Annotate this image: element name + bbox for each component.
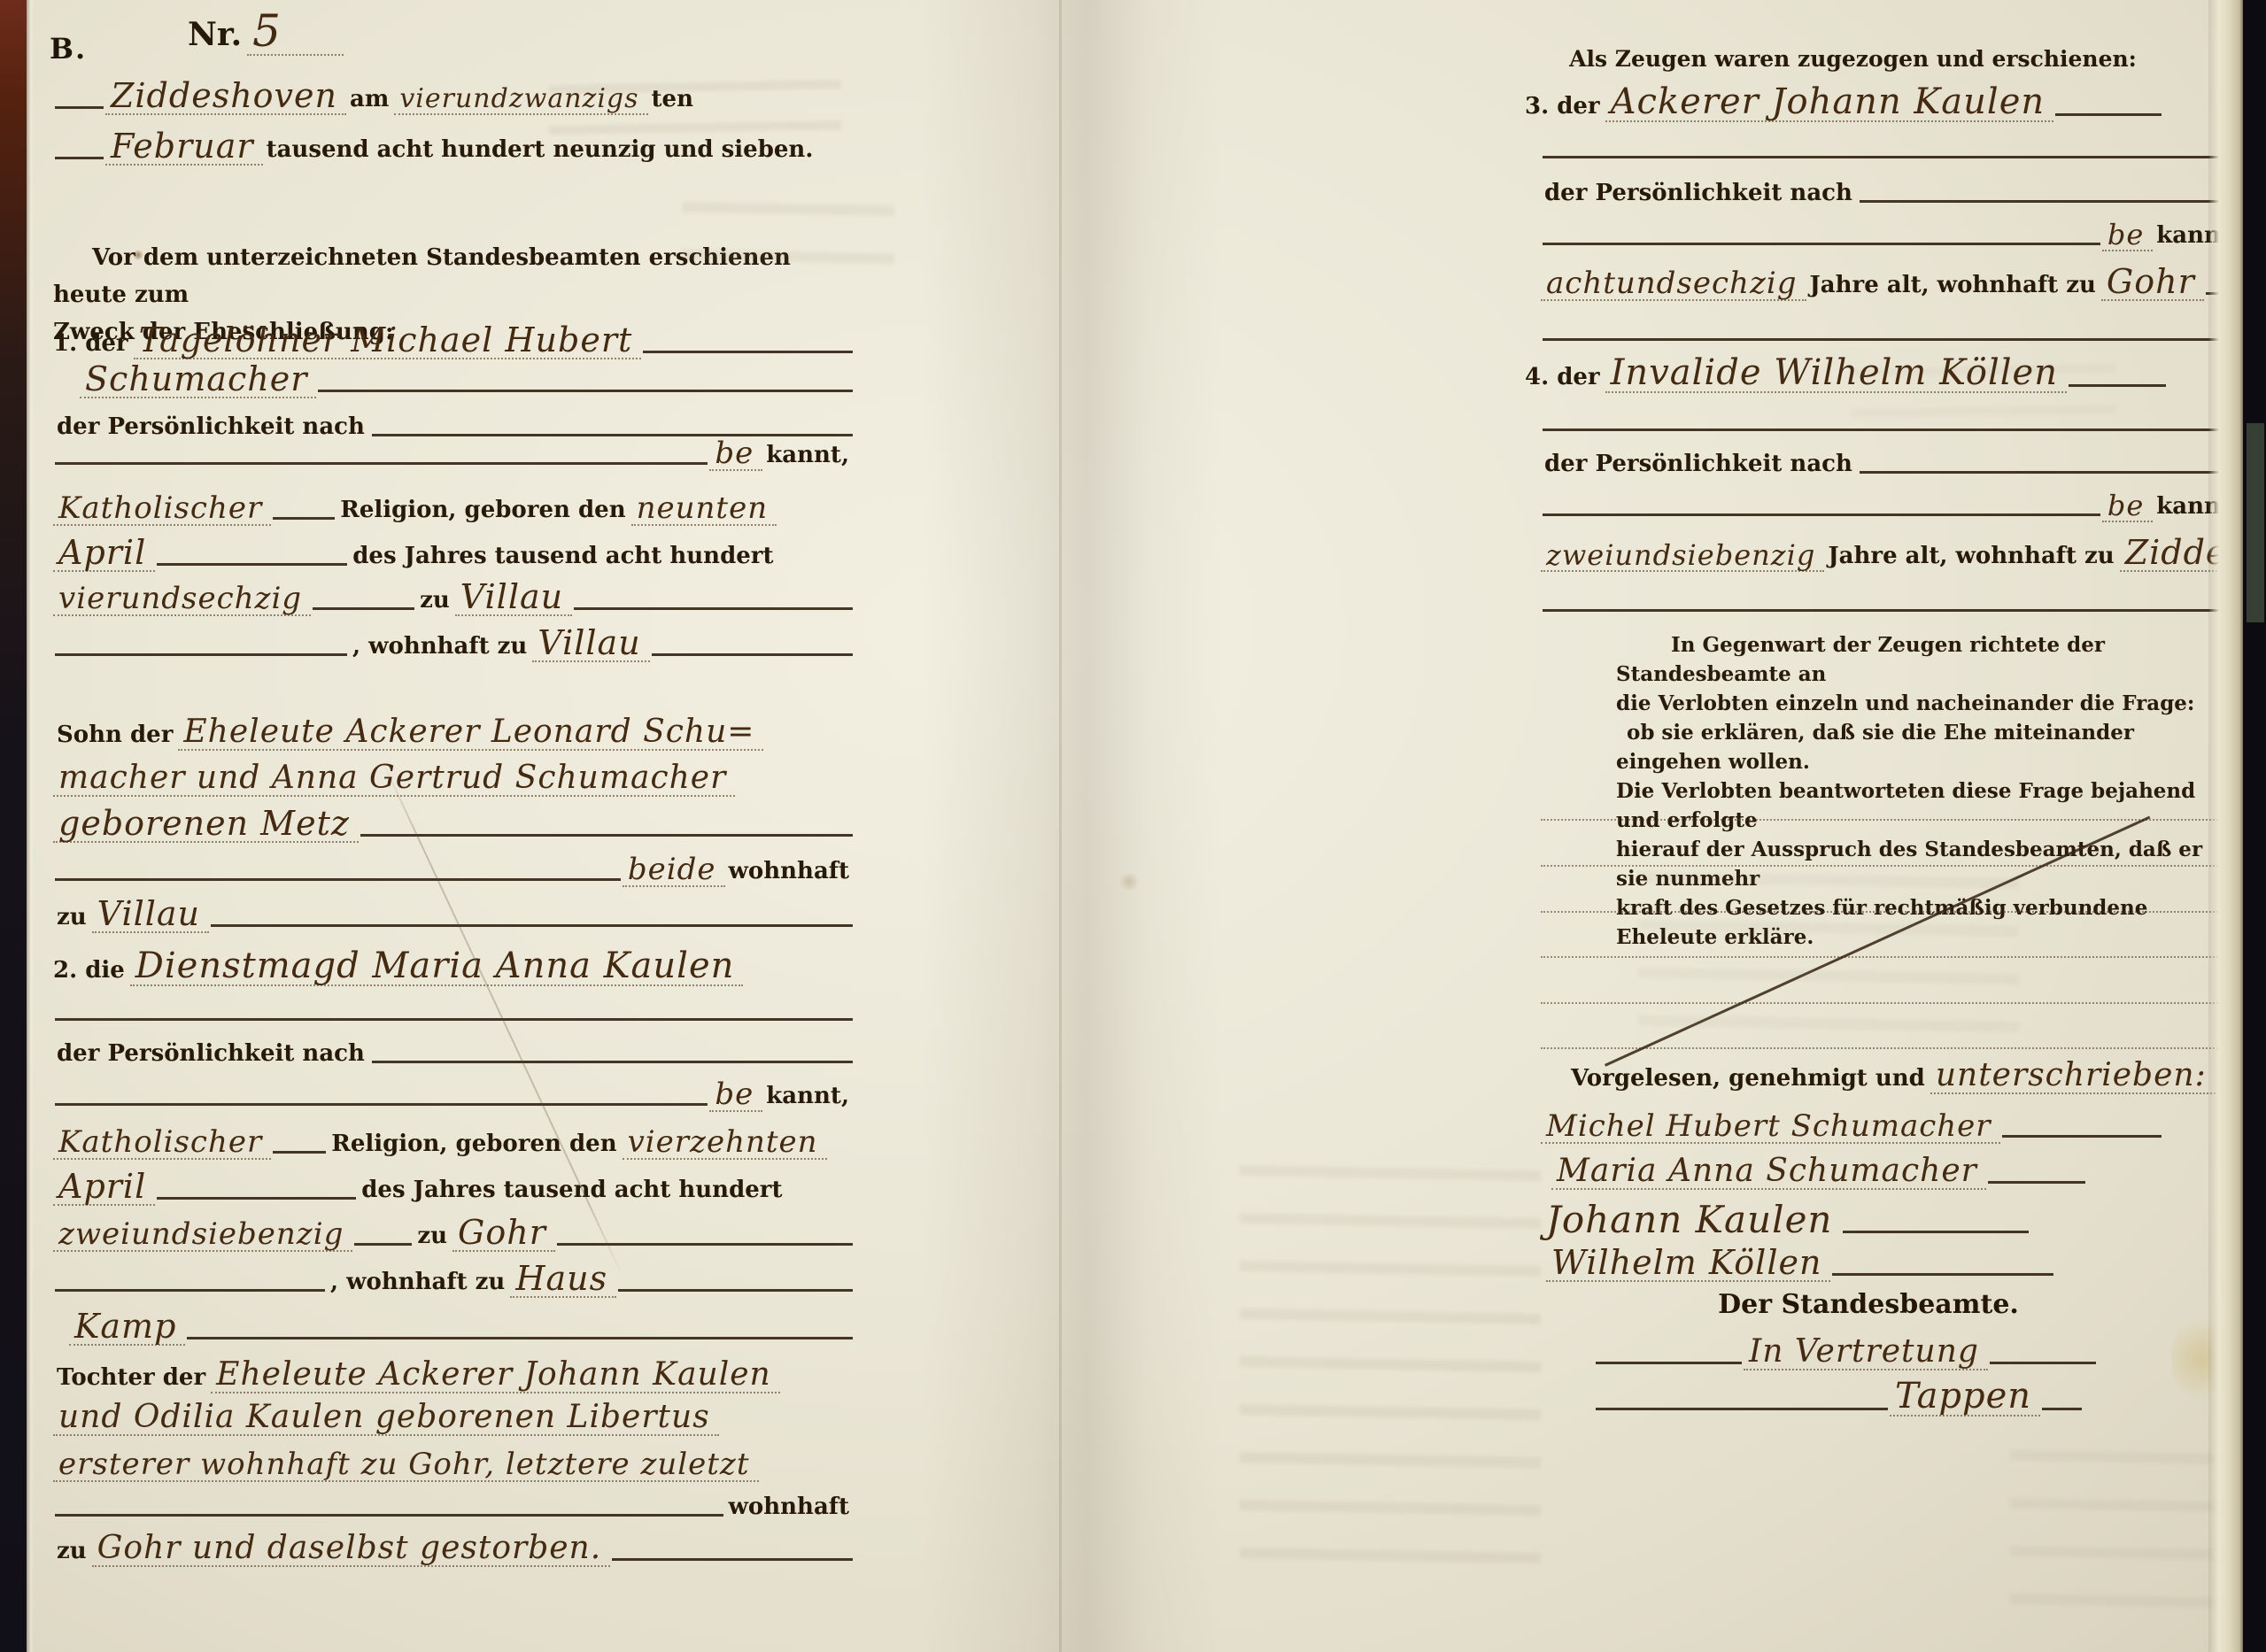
form-rule [354,1243,412,1246]
form-rule [574,607,853,610]
witness3-residence-handwritten: Gohr [2101,265,2204,301]
witness3-blank-row [1541,122,2245,165]
residence-handwritten: Villau [532,626,649,662]
form-rule [618,1289,853,1292]
form-rule [360,834,853,837]
groom-surname-row: Schumacher [53,356,855,398]
identity-label: der Persönlichkeit nach [1541,452,1858,480]
declaration-line-1: In Gegenwart der Zeugen richtete der Sta… [1616,630,2227,689]
registrar-signature-row: Tappen [1594,1378,2192,1417]
closing-handwritten: unterschrieben: [1930,1060,2216,1094]
paper-edge-highlight [27,0,34,1652]
form-rule [273,517,335,520]
form-rule [1988,1181,2085,1184]
form-rule [1543,156,2243,158]
form-rule [55,1018,853,1021]
groom-parents-row-4: beide wohnhaft [53,845,855,887]
form-rule [1543,513,2100,516]
form-rule [1860,200,2243,203]
form-rule [643,351,853,353]
groom-parents-row-2: macher und Anna Gertrud Schumacher [53,754,855,797]
form-rule [1596,1362,1742,1364]
known-handwritten: be [709,438,762,471]
declaration-line-2: die Verlobten einzeln und nacheinander d… [1616,689,2227,718]
nr-value-handwritten: 5 [247,9,344,56]
form-letter: B. [50,32,87,66]
parents-handwritten-2: macher und Anna Gertrud Schumacher [53,762,735,797]
bride-number-label: 2. die [50,958,130,986]
inkbleed-ghost [549,53,841,151]
groom-birth-year-row: vierundsechzig zu Villau [53,574,855,616]
signature-row: Michel Hubert Schumacher [1541,1103,2245,1144]
registrar-label: Der Standesbeamte. [1638,1289,2099,1320]
form-rule [313,607,414,610]
inkbleed-ghost [1851,336,2116,443]
form-rule [1543,243,2100,245]
religion-handwritten: Katholischer [53,1127,271,1160]
book-fold-line [1059,0,1062,1652]
groom-birth-month-row: April des Jahres tausend acht hundert [53,529,855,572]
form-rule [1832,1273,2053,1276]
closing-row: Vorgelesen, genehmigt und unterschrieben… [1541,1055,2245,1094]
bride-parents-row-3: ersterer wohnhaft zu Gohr, letztere zule… [53,1440,855,1482]
right-page: Als Zeugen waren zugezogen und erschiene… [1541,0,2245,1652]
groom-name-handwritten: Tagelöhner Michael Hubert [134,323,642,359]
tochter-der-label: Tochter der [53,1365,211,1393]
declaration-line-3: ob sie erklären, daß sie die Ehe miteina… [1616,718,2227,776]
form-rule [55,878,621,881]
identity-label: der Persönlichkeit nach [1541,181,1858,209]
wohnhaft-label: , wohnhaft zu [349,634,532,662]
witness4-number-label: 4. der [1521,365,1605,393]
form-rule [55,462,708,465]
bride-parents-row-4: wohnhaft [53,1480,855,1523]
known-printed: kannt, [762,1084,855,1112]
form-rule [157,563,347,566]
zu-label: zu [414,1224,452,1252]
form-rule [55,106,104,109]
nr-label: Nr. [184,18,247,56]
groom-parents-row-1: Sohn der Eheleute Ackerer Leonard Schu= [53,708,855,751]
record-number: Nr. 5 [184,9,344,56]
form-rule [1990,1362,2096,1364]
parents-handwritten-2: und Odilia Kaulen geborenen Libertus [53,1401,719,1436]
religion-handwritten: Katholischer [53,493,271,526]
inkbleed-ghost [1240,1133,1541,1594]
bride-parents-row-1: Tochter der Eheleute Ackerer Johann Kaul… [53,1351,855,1393]
form-rule [55,1514,723,1517]
bride-blank-row [53,984,855,1027]
birth-month-handwritten: April [53,536,155,572]
parents-handwritten-1: Eheleute Ackerer Leonard Schu= [178,716,763,751]
ink-stain [1118,873,1141,891]
witness3-identity-row: der Persönlichkeit nach [1541,166,2245,209]
residence-handwritten-1: Haus [510,1262,616,1298]
zu-label: zu [53,1539,92,1567]
form-rule [55,653,347,656]
form-rule [1843,1231,2029,1233]
form-rule [1543,609,2243,612]
groom-surname-handwritten: Schumacher [80,362,316,398]
closing-printed: Vorgelesen, genehmigt und [1567,1066,1930,1094]
form-rule [652,653,853,656]
birth-place-handwritten: Gohr [452,1216,555,1252]
signature-row: Johann Kaulen [1541,1193,2245,1239]
registrar-signature-handwritten: Tappen [1890,1378,2040,1417]
witness3-name-handwritten: Ackerer Johann Kaulen [1605,84,2054,122]
sohn-der-label: Sohn der [53,722,178,751]
am-label: am [346,87,394,115]
signature-groom: Michel Hubert Schumacher [1541,1111,2000,1144]
wohnhaft-label: wohnhaft [725,859,855,887]
witness3-name-row: 3. der Ackerer Johann Kaulen [1541,76,2245,122]
witness3-age-handwritten: achtundsechzig [1541,268,1806,301]
form-rule [55,157,104,159]
form-rule [157,1197,356,1200]
known-printed: kannt, [762,443,855,471]
parents-place-handwritten: Villau [92,897,209,933]
inkbleed-ghost [1638,841,2019,1054]
form-rule [2055,113,2162,116]
deputy-row: In Vertretung [1594,1332,2192,1370]
known-handwritten: be [2102,220,2153,251]
witness4-blank-row-2 [1541,575,2245,618]
witness4-identity-row: der Persönlichkeit nach [1541,437,2245,480]
form-rule [612,1558,853,1561]
witness4-age-handwritten: zweiundsiebenzig [1541,541,1824,572]
ink-stain [133,250,143,260]
form-rule [55,1103,708,1106]
form-rule [1860,471,2243,474]
bride-name-handwritten: Dienstmagd Maria Anna Kaulen [130,948,744,986]
zu-label: zu [53,905,92,933]
month-handwritten: Februar [105,129,263,166]
declaration-line-4: Die Verlobten beantworteten diese Frage … [1616,776,2227,835]
form-rule [273,1151,326,1154]
zu-label: zu [416,588,455,616]
page-stack-edge [2208,0,2244,1652]
registry-book-photo: B. Nr. 5 Ziddeshoven am vierundzwanzigs … [0,0,2266,1652]
birth-year-handwritten: zweiundsiebenzig [53,1219,352,1252]
parents-handwritten-3: geborenen Metz [53,807,359,843]
deputy-handwritten: In Vertretung [1744,1336,1988,1370]
groom-religion-row: Katholischer Religion, geboren den neunt… [53,483,855,526]
known-handwritten: be [2102,491,2153,522]
book-binding-left [0,0,27,1652]
bride-residence-row: , wohnhaft zu Haus [53,1255,855,1298]
birth-year-printed: des Jahres tausend acht hundert [349,544,778,572]
birth-year-handwritten: vierundsechzig [53,583,311,616]
birth-place-handwritten: Villau [455,580,572,616]
bride-residence-row-2: Kamp [53,1303,855,1346]
parents-handwritten-1: Eheleute Ackerer Johann Kaulen [211,1359,780,1393]
known-handwritten: be [709,1079,762,1112]
form-rule [557,1243,853,1246]
birth-year-printed: des Jahres tausend acht hundert [358,1177,787,1206]
witness4-age-row: zweiundsiebenzig Jahre alt, wohnhaft zu … [1541,529,2245,572]
bride-birth-year-row: zweiundsiebenzig zu Gohr [53,1209,855,1252]
form-rule [211,924,853,927]
form-rule [318,390,853,392]
groom-residence-row: , wohnhaft zu Villau [53,620,855,662]
bride-name-row: 2. die Dienstmagd Maria Anna Kaulen [53,940,855,986]
residence-handwritten-2: Kamp [69,1309,185,1346]
witness3-age-row: achtundsechzig Jahre alt, wohnhaft zu Go… [1541,259,2245,301]
form-rule [55,1289,325,1292]
bride-birth-month-row: April des Jahres tausend acht hundert [53,1163,855,1206]
birth-month-handwritten: April [53,1170,155,1206]
birth-day-handwritten: vierzehnten [623,1127,827,1160]
inkbleed-ghost [2010,1417,2223,1611]
identity-label: der Persönlichkeit nach [53,1041,370,1069]
signature-row: Maria Anna Schumacher [1541,1149,2245,1190]
birth-day-handwritten: neunten [631,493,777,526]
wohnhaft-label: , wohnhaft zu [327,1270,510,1298]
form-rule [1596,1408,1888,1410]
form-rule [2002,1135,2162,1138]
religion-printed: Religion, geboren den [328,1131,622,1160]
beide-handwritten: beide [623,854,725,887]
parents-handwritten-3: ersterer wohnhaft zu Gohr, letztere zule… [53,1449,759,1482]
inkbleed-ghost [682,168,894,283]
form-rule [187,1337,853,1339]
signature-bride: Maria Anna Schumacher [1551,1155,1986,1190]
bride-known-row: be kannt, [53,1073,855,1112]
witness3-known-row: be kannt, [1541,212,2245,251]
photo-edge-right [2243,0,2266,1652]
groom-name-row: 1. der Tagelöhner Michael Hubert [53,313,855,359]
bride-parents-row-5: zu Gohr und daselbst gestorben. [53,1525,855,1567]
bride-religion-row: Katholischer Religion, geboren den vierz… [53,1117,855,1160]
signature-row: Wilhelm Köllen [1541,1239,2245,1282]
groom-parents-row-3: geborenen Metz [53,800,855,843]
bride-identity-row: der Persönlichkeit nach [53,1027,855,1069]
photo-edge-notch [2247,423,2264,622]
signature-witness3: Johann Kaulen [1541,1201,1841,1239]
age-printed: Jahre alt, wohnhaft zu [1824,544,2119,572]
witness3-number-label: 3. der [1521,94,1605,122]
religion-printed: Religion, geboren den [336,498,630,526]
place-handwritten: Ziddeshoven [105,79,346,115]
groom-known-row: be kannt, [53,432,855,471]
bride-parents-row-2: und Odilia Kaulen geborenen Libertus [53,1393,855,1436]
witness-header: Als Zeugen waren zugezogen und erschiene… [1541,46,2245,72]
wohnhaft-label: wohnhaft [725,1494,855,1523]
witness4-known-row: be kannt, [1541,483,2245,522]
book-gutter-shadow [921,0,1222,1652]
form-rule [372,1061,853,1063]
signature-witness4: Wilhelm Köllen [1546,1246,1830,1282]
age-printed: Jahre alt, wohnhaft zu [1806,273,2101,301]
blank-dotted-line [1541,819,2232,821]
parents-handwritten-4: Gohr und daselbst gestorben. [92,1532,611,1567]
form-rule [2042,1408,2082,1410]
